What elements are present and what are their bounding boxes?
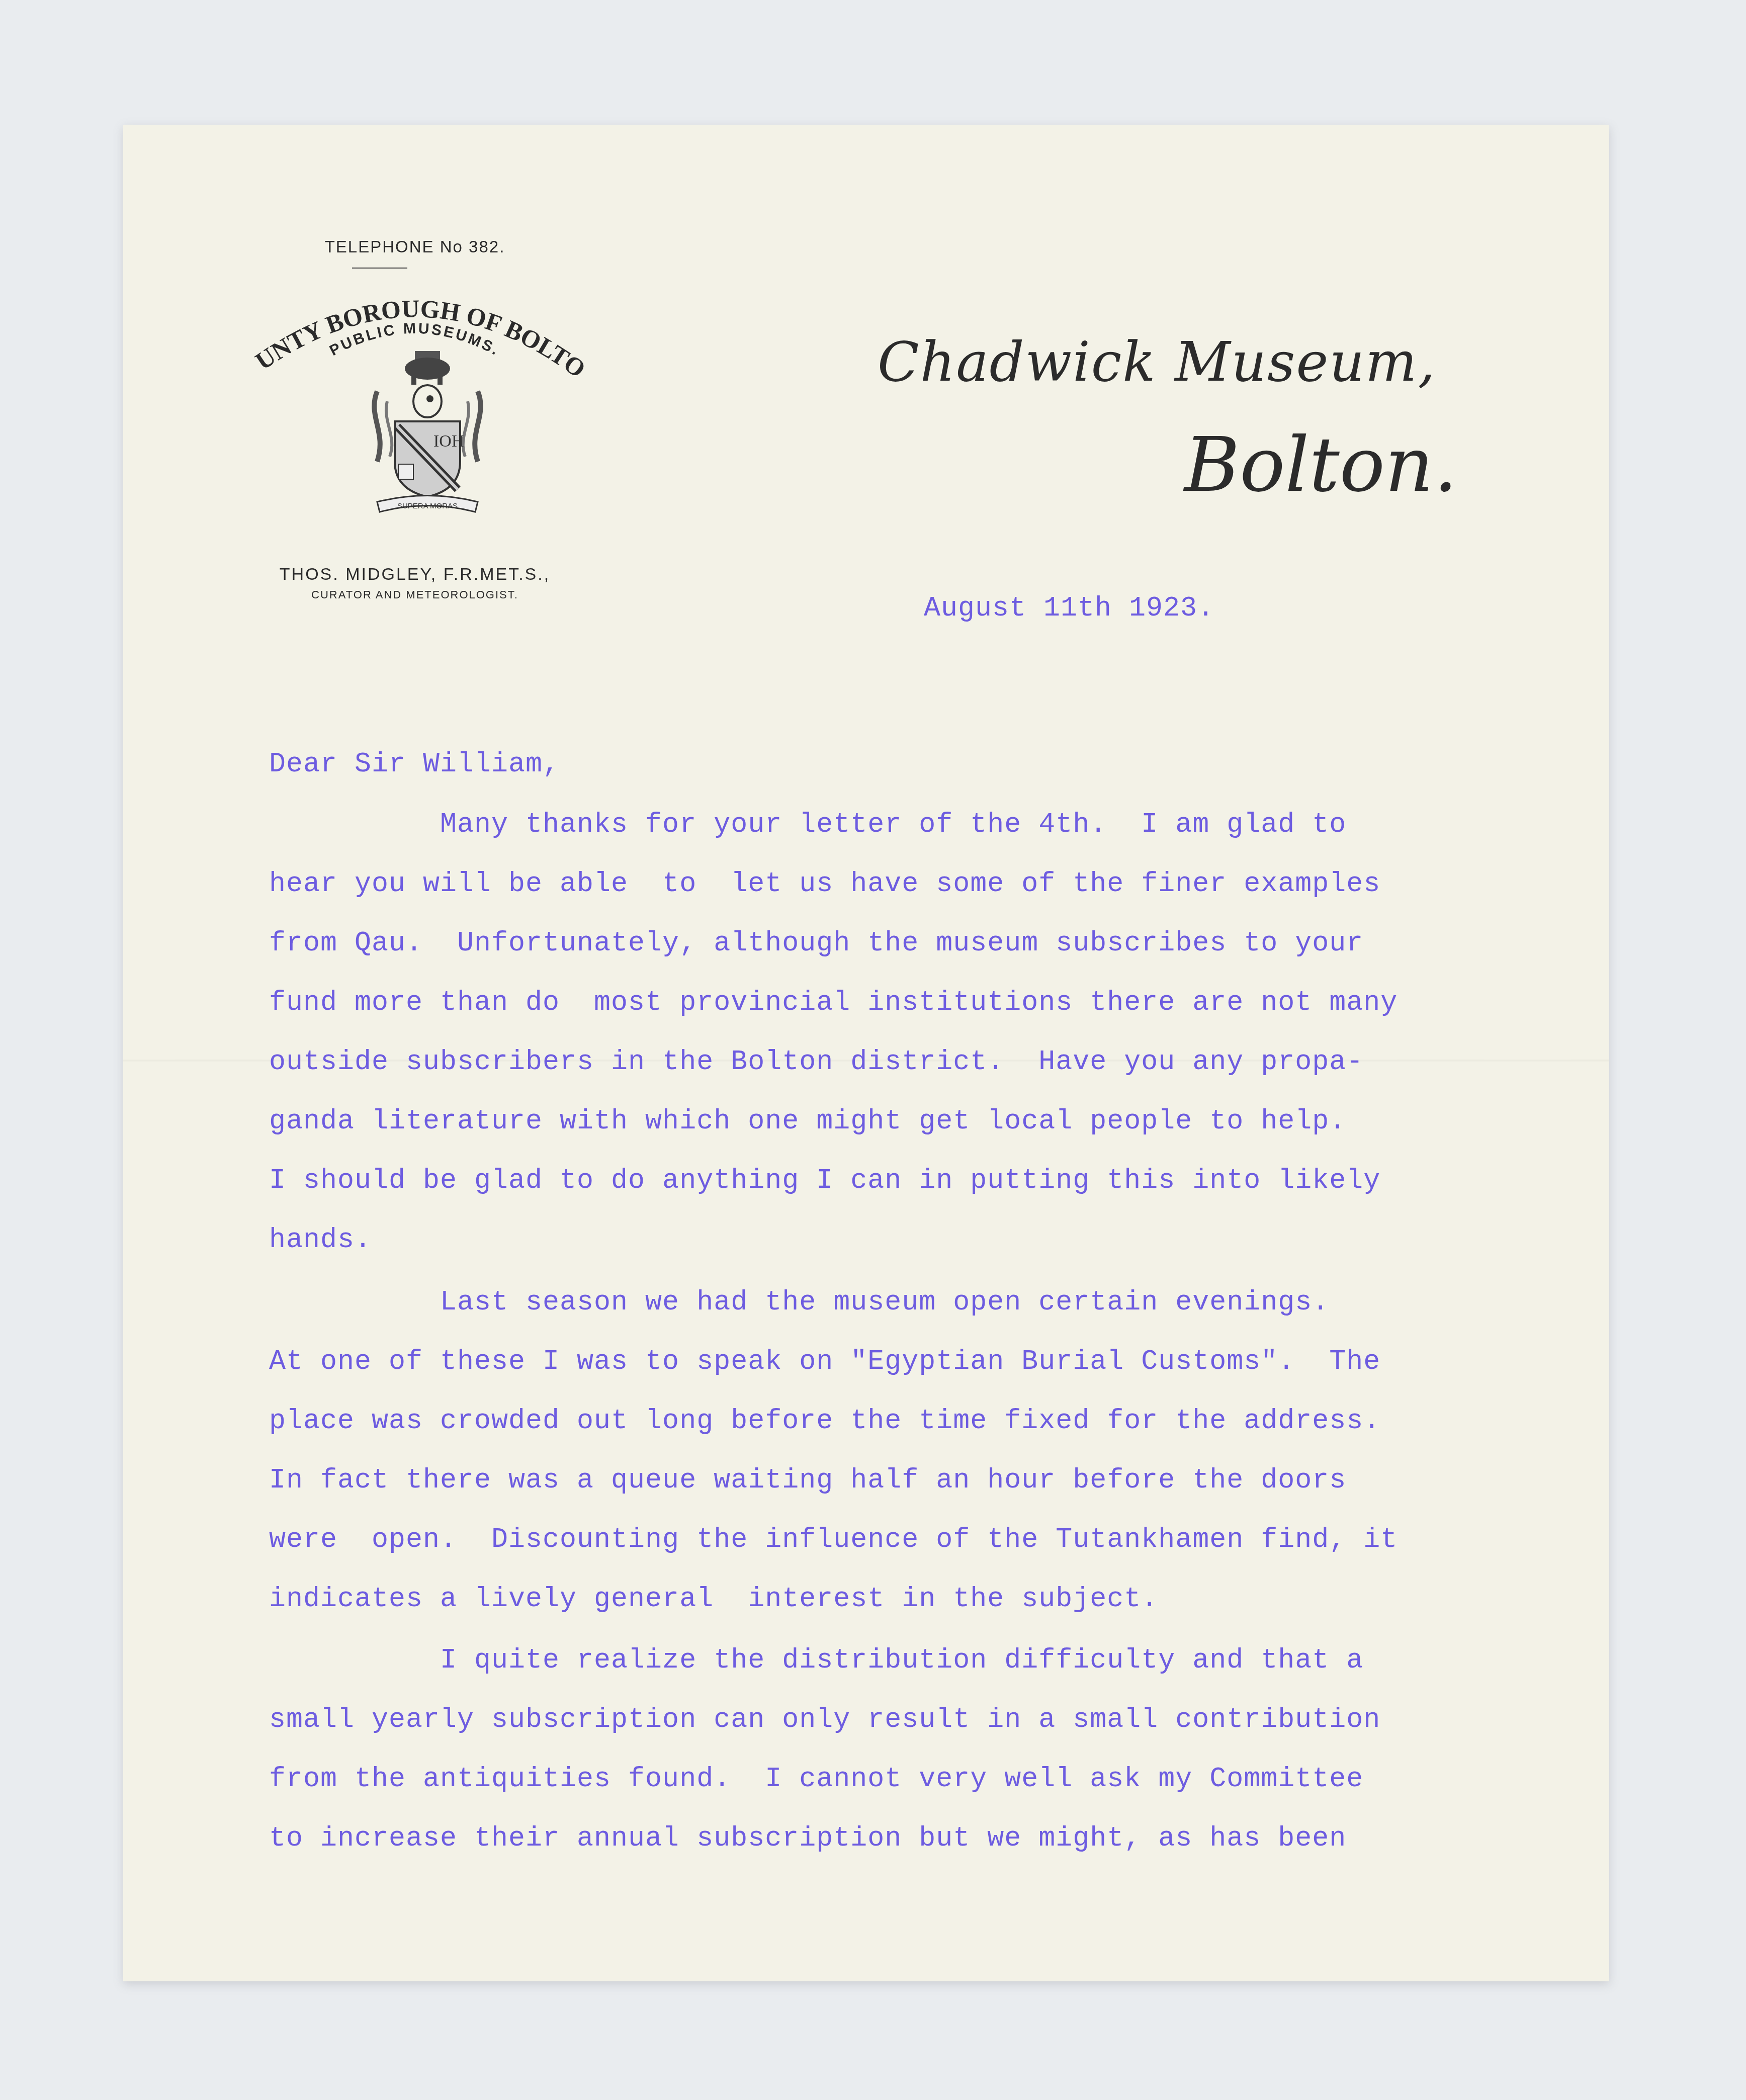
body-line: hands. (269, 1224, 372, 1256)
museum-address: Chadwick Museum, (878, 331, 1436, 394)
body-line: ganda literature with which one might ge… (269, 1105, 1346, 1137)
body-line: hear you will be able to let us have som… (269, 868, 1380, 900)
coat-of-arms-icon: IOH SUPERA MORAS (367, 346, 488, 517)
letter-page: TELEPHONE No 382. COUNTY BOROUGH OF BOLT… (123, 125, 1609, 1981)
curator-title: CURATOR AND METEOROLOGIST. (224, 588, 606, 601)
body-line: small yearly subscription can only resul… (269, 1704, 1380, 1735)
body-line: In fact there was a queue waiting half a… (269, 1464, 1346, 1496)
body-line: from Qau. Unfortunately, although the mu… (269, 927, 1363, 959)
body-line: Last season we had the museum open certa… (269, 1286, 1329, 1318)
body-line: were open. Discounting the influence of … (269, 1524, 1398, 1555)
body-line: place was crowded out long before the ti… (269, 1405, 1380, 1437)
curator-name: THOS. MIDGLEY, F.R.MET.S., (224, 565, 606, 584)
body-line: to increase their annual subscription bu… (269, 1822, 1346, 1854)
svg-text:IOH: IOH (433, 432, 464, 451)
body-line: Many thanks for your letter of the 4th. … (269, 809, 1346, 840)
body-line: At one of these I was to speak on "Egypt… (269, 1346, 1380, 1377)
museum-town: Bolton. (1184, 421, 1457, 509)
svg-text:SUPERA MORAS: SUPERA MORAS (397, 502, 458, 510)
body-line: from the antiquities found. I cannot ver… (269, 1763, 1363, 1795)
body-line: indicates a lively general interest in t… (269, 1583, 1158, 1615)
body-line: I should be glad to do anything I can in… (269, 1165, 1380, 1196)
salutation: Dear Sir William, (269, 748, 560, 780)
body-line: outside subscribers in the Bolton distri… (269, 1046, 1363, 1078)
letter-date: August 11th 1923. (924, 592, 1214, 624)
telephone-number: TELEPHONE No 382. (224, 237, 606, 256)
body-line: I quite realize the distribution difficu… (269, 1644, 1363, 1676)
body-line: fund more than do most provincial instit… (269, 987, 1398, 1018)
